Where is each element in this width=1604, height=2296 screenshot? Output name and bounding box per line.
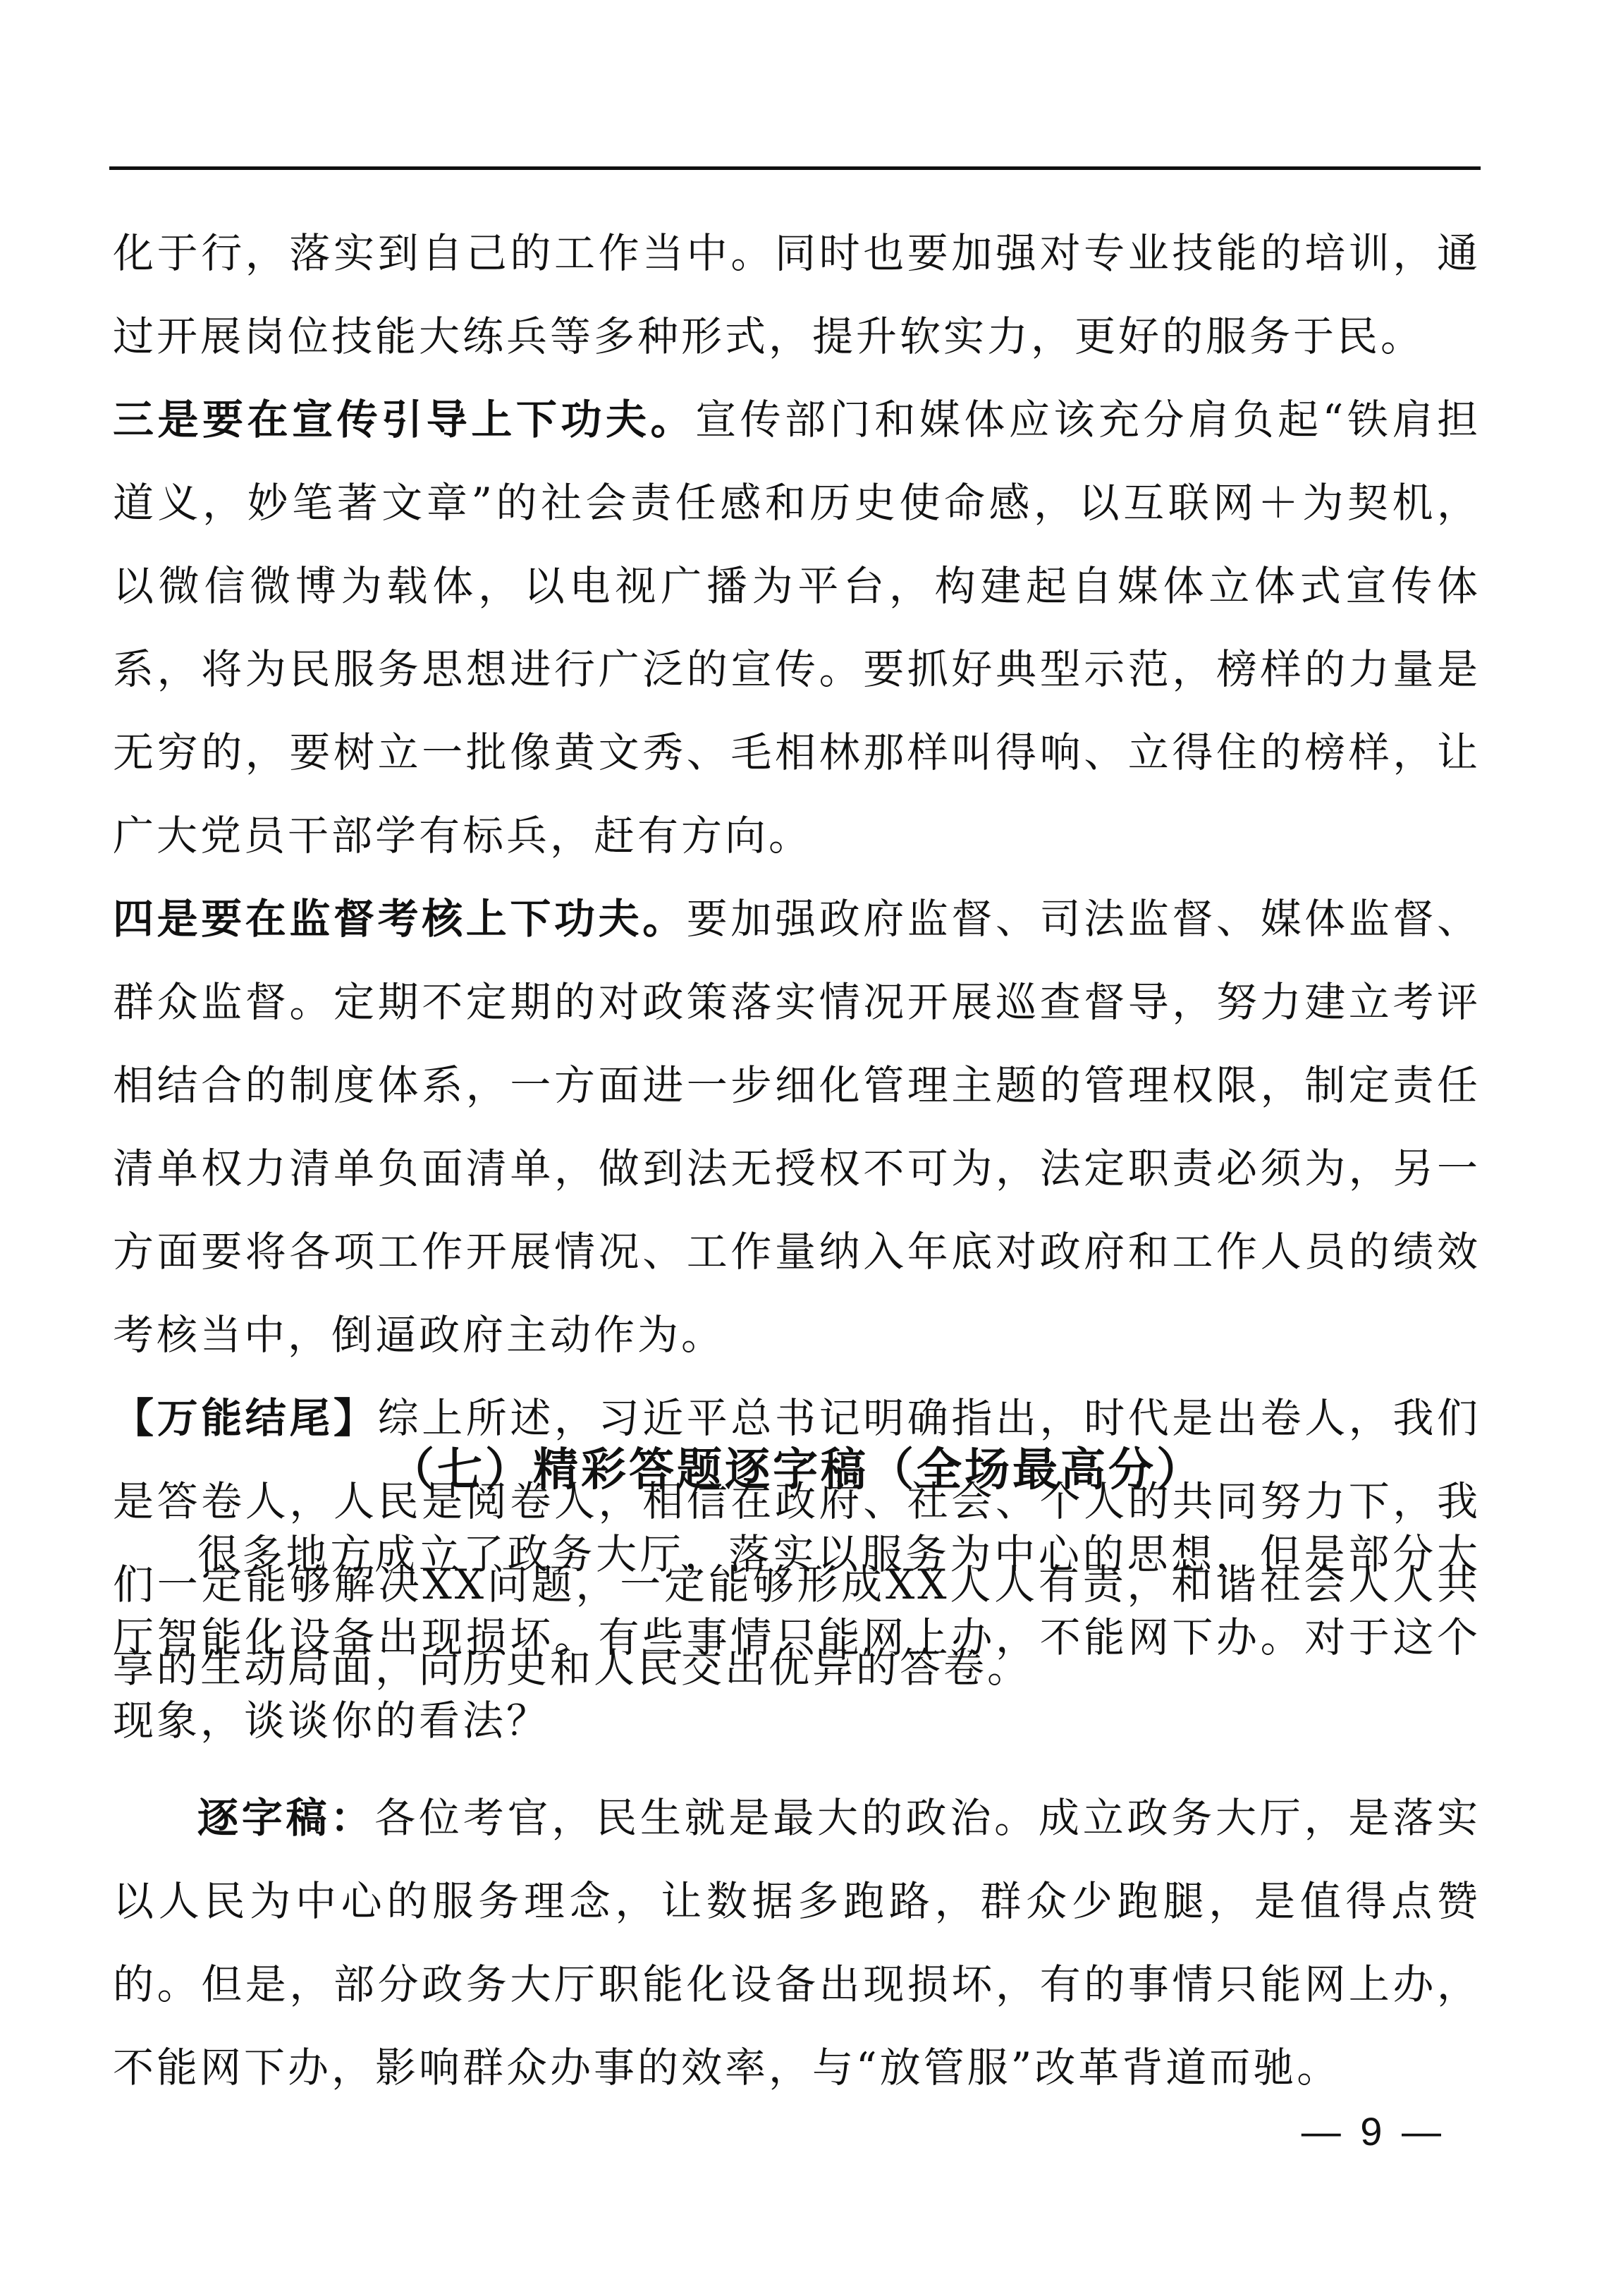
paragraph-point-three: 三是要在宣传引导上下功夫。宣传部门和媒体应该充分肩负起“铁肩担道义，妙笔著文章”…	[113, 378, 1481, 877]
question-answer-block: 很多地方成立了政务大厅，落实以服务为中心的思想，但是部分大厅智能化设备出现损坏。…	[113, 1513, 1481, 2109]
question-text: 很多地方成立了政务大厅，落实以服务为中心的思想，但是部分大厅智能化设备出现损坏。…	[113, 1513, 1481, 1762]
answer-paragraph: 逐字稿：各位考官，民生就是最大的政治。成立政务大厅，是落实以人民为中心的服务理念…	[113, 1776, 1481, 2109]
paragraph-lead: 三是要在宣传引导上下功夫。	[113, 396, 695, 444]
paragraph-text: 宣传部门和媒体应该充分肩负起“铁肩担道义，妙笔著文章”的社会责任感和历史使命感，…	[113, 396, 1481, 860]
section-title: （七）精彩答题逐字稿（全场最高分）	[113, 1431, 1481, 1509]
header-rule	[109, 166, 1481, 170]
paragraph-text: 化于行，落实到自己的工作当中。同时也要加强对专业技能的培训，通过开展岗位技能大练…	[113, 229, 1481, 360]
paragraph-point-four: 四是要在监督考核上下功夫。要加强政府监督、司法监督、媒体监督、群众监督。定期不定…	[113, 877, 1481, 1376]
spacer	[113, 1762, 1481, 1776]
paragraph-lead: 四是要在监督考核上下功夫。	[113, 895, 687, 943]
paragraph-continuation: 化于行，落实到自己的工作当中。同时也要加强对专业技能的培训，通过开展岗位技能大练…	[113, 212, 1481, 378]
page-number: — 9 —	[1302, 2108, 1445, 2154]
answer-lead: 逐字稿：	[197, 1794, 374, 1842]
paragraph-text: 要加强政府监督、司法监督、媒体监督、群众监督。定期不定期的对政策落实情况开展巡查…	[113, 895, 1481, 1359]
